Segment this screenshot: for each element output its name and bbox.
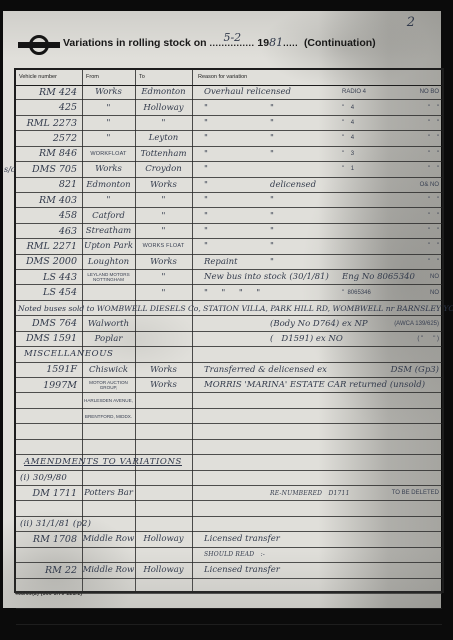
to-cell: " xyxy=(135,270,192,284)
vehicle-number-cell: RM 22 xyxy=(16,563,82,577)
to-cell: Works xyxy=(135,363,192,377)
reason-annotation: " " xyxy=(428,255,439,269)
column-header-reason: Reason for variation xyxy=(198,74,247,80)
column-header-from: From xyxy=(86,74,99,80)
reason-text: ( D1591) ex NO xyxy=(270,332,343,346)
reason-annotation: " " xyxy=(428,239,439,253)
reason-text: " xyxy=(270,224,274,238)
reason-annotation: " " xyxy=(428,131,439,145)
reason-text: " xyxy=(270,147,274,161)
london-transport-roundel-icon xyxy=(18,35,60,55)
table-row xyxy=(16,501,442,516)
from-cell: " xyxy=(82,116,135,130)
reason-text: Licensed transfer xyxy=(204,563,280,577)
reason-text: " xyxy=(204,116,208,130)
table-row: 1997MMOTOR AUCTION GROUP,WorksMORRIS 'MA… xyxy=(16,378,442,393)
margin-annotation: s/c xyxy=(4,162,15,176)
to-cell: Works xyxy=(135,378,192,392)
reason-annotation: ( " " ) xyxy=(417,332,439,346)
reason-text: " xyxy=(204,239,208,253)
vehicle-number-cell: RML 2271 xyxy=(16,239,82,253)
table-row: 425"Holloway""" 4" " xyxy=(16,100,442,115)
reason-text: " xyxy=(204,100,208,114)
vehicle-number-cell: LS 443 xyxy=(16,270,82,284)
from-cell: Edmonton xyxy=(82,178,135,192)
reason-text: " xyxy=(270,131,274,145)
from-cell: Loughton xyxy=(82,255,135,269)
to-cell: " xyxy=(135,208,192,222)
reason-text: Transferred & delicensed ex xyxy=(204,363,327,377)
reason-text: " xyxy=(204,193,208,207)
section-subheading: (i) 30/9/80 xyxy=(20,471,67,485)
table-row: 2572"Leyton""" 4" " xyxy=(16,131,442,146)
table-row: RML 2273""""" 4" " xyxy=(16,116,442,131)
reason-annotation: " " xyxy=(428,162,439,176)
reason-text: " xyxy=(270,239,274,253)
table-row: LS 443LEYLAND MOTORS NOTTINGHAM"New bus … xyxy=(16,270,442,285)
table-row xyxy=(16,609,442,624)
section-heading: AMENDMENTS TO VARIATIONS xyxy=(24,455,182,469)
vehicle-number-cell: 2572 xyxy=(16,131,82,145)
table-row: RM 22Middle RowHollowayLicensed transfer xyxy=(16,563,442,578)
reason-annotation: NO xyxy=(430,285,439,299)
reason-text: MORRIS 'MARINA' ESTATE CAR returned (uns… xyxy=(204,378,425,392)
handwritten-note: Noted buses sold to WOMBWELL DIESELS Co,… xyxy=(18,301,453,315)
table-row: 458Catford"""" " xyxy=(16,208,442,223)
form-title: Variations in rolling stock on .........… xyxy=(63,36,376,49)
vehicle-number-cell: 425 xyxy=(16,100,82,114)
table-row: 821EdmontonWorks"delicensedO& NO xyxy=(16,178,442,193)
from-cell: Chiswick xyxy=(82,363,135,377)
to-cell: Leyton xyxy=(135,131,192,145)
reason-annotation: " 1 xyxy=(342,162,354,176)
table-row: BRENTFORD, MIDDX. xyxy=(16,409,442,424)
reason-text: New bus into stock (30/1/81) xyxy=(204,270,329,284)
vehicle-number-cell: RM 1708 xyxy=(16,532,82,546)
reason-annotation: (AWCA 139/625) xyxy=(394,316,439,330)
table-row xyxy=(16,440,442,455)
vehicle-number-cell: DMS 764 xyxy=(16,316,82,330)
to-cell: " xyxy=(135,116,192,130)
reason-text: " xyxy=(270,116,274,130)
table-row: s/cDMS 705WorksCroydon"" 1" " xyxy=(16,162,442,177)
vehicle-number-cell: DMS 705 xyxy=(16,162,82,176)
vehicle-number-cell: DM 1711 xyxy=(16,486,82,500)
to-cell: Edmonton xyxy=(135,85,192,99)
reason-text: Overhaul relicensed xyxy=(204,85,291,99)
table-row: 1591FChiswickWorksTransferred & delicens… xyxy=(16,363,442,378)
reason-annotation: NO BO xyxy=(420,85,439,99)
reason-annotation: DSM (Gp3) xyxy=(391,363,439,377)
from-cell: HARLESDEN AVENUE, xyxy=(82,393,135,407)
table-row: RML 2271Upton ParkWORKS FLOAT""" " xyxy=(16,239,442,254)
reason-annotation: " " xyxy=(428,193,439,207)
reason-text: " xyxy=(204,208,208,222)
table-row: SHOULD READ :- xyxy=(16,548,442,563)
dotted-line: ..... xyxy=(283,38,298,48)
reason-annotation: TO BE DELETED xyxy=(392,486,439,500)
reason-text: " xyxy=(204,162,208,176)
reason-text: RE-NUMBERED D1711 xyxy=(270,486,350,500)
table-row: Noted buses sold to WOMBWELL DIESELS Co,… xyxy=(16,301,442,316)
reason-annotation: Eng No 8065340 xyxy=(342,270,415,284)
from-cell: MOTOR AUCTION GROUP, xyxy=(82,378,135,392)
vehicle-number-cell: RML 2273 xyxy=(16,116,82,130)
handwritten-year: 81 xyxy=(269,36,283,49)
reason-annotation: " " xyxy=(428,100,439,114)
roundel-bar xyxy=(18,42,60,48)
table-header: Vehicle number From To Reason for variat… xyxy=(16,70,442,86)
to-cell: Tottenham xyxy=(135,147,192,161)
table-rows: RM 424WorksEdmontonOverhaul relicensedRA… xyxy=(16,85,442,625)
from-cell: Works xyxy=(82,162,135,176)
to-cell: Works xyxy=(135,178,192,192)
table-row xyxy=(16,424,442,439)
table-row: DM 1711Potters BarRE-NUMBERED D1711TO BE… xyxy=(16,486,442,501)
from-cell: Streatham xyxy=(82,224,135,238)
to-cell: Holloway xyxy=(135,532,192,546)
vehicle-number-cell: DMS 1591 xyxy=(16,332,82,346)
reason-text: " xyxy=(270,100,274,114)
reason-text: " xyxy=(270,208,274,222)
table-row: RM 424WorksEdmontonOverhaul relicensedRA… xyxy=(16,85,442,100)
reason-text: " " " " xyxy=(204,285,260,299)
reason-text: Licensed transfer xyxy=(204,532,280,546)
reason-text: (Body No D764) ex NP xyxy=(270,316,368,330)
date-slot: ...............5-2 xyxy=(209,37,254,49)
vehicle-number-cell: 821 xyxy=(16,178,82,192)
to-cell: Holloway xyxy=(135,100,192,114)
handwritten-date: 5-2 xyxy=(223,31,241,44)
reason-annotation: " 3 xyxy=(342,147,354,161)
reason-text: SHOULD READ :- xyxy=(204,548,265,562)
table-row: RM 1708Middle RowHollowayLicensed transf… xyxy=(16,532,442,547)
reason-annotation: " 4 xyxy=(342,116,354,130)
to-cell: Croydon xyxy=(135,162,192,176)
reason-text: " xyxy=(204,131,208,145)
section-subheading: (ii) 31/1/81 (p2) xyxy=(20,517,91,531)
vehicle-number-cell: 1591F xyxy=(16,363,82,377)
table-row: DMS 764Walworth(Body No D764) ex NP(AWCA… xyxy=(16,316,442,331)
vehicle-number-cell: DMS 2000 xyxy=(16,255,82,269)
reason-text: Repaint xyxy=(204,255,238,269)
reason-text: " xyxy=(270,255,274,269)
vehicle-number-cell: 458 xyxy=(16,208,82,222)
section-heading: MISCELLANEOUS xyxy=(24,347,113,361)
table-row: (i) 30/9/80 xyxy=(16,471,442,486)
reason-annotation: RADIO 4 xyxy=(342,85,366,99)
reason-annotation: " 8065346 xyxy=(342,285,371,299)
from-cell: LEYLAND MOTORS NOTTINGHAM xyxy=(82,270,135,284)
reason-text: " xyxy=(204,224,208,238)
from-cell: Catford xyxy=(82,208,135,222)
year-prefix: 19 xyxy=(257,37,269,49)
table-row: DMS 1591Poplar( D1591) ex NO( " " ) xyxy=(16,332,442,347)
reason-text: " xyxy=(270,193,274,207)
to-cell: " xyxy=(135,224,192,238)
from-cell: Upton Park xyxy=(82,239,135,253)
title-text: Variations in rolling stock on xyxy=(63,37,207,49)
reason-annotation: NO xyxy=(430,270,439,284)
from-cell: BRENTFORD, MIDDX. xyxy=(82,409,135,423)
from-cell: Potters Bar xyxy=(82,486,135,500)
reason-annotation: " " xyxy=(428,224,439,238)
reason-text: " xyxy=(204,147,208,161)
to-cell: WORKS FLOAT xyxy=(135,239,192,253)
to-cell: " xyxy=(135,193,192,207)
table-row: HARLESDEN AVENUE, xyxy=(16,393,442,408)
from-cell: Middle Row xyxy=(82,563,135,577)
vehicle-number-cell: RM 403 xyxy=(16,193,82,207)
reason-text: " xyxy=(204,178,208,192)
reason-annotation: " " xyxy=(428,147,439,161)
column-header-vehicle: Vehicle number xyxy=(19,74,57,80)
table-row: LS 454"" " " "" 8065346NO xyxy=(16,285,442,300)
from-cell: Works xyxy=(82,85,135,99)
variations-table: Vehicle number From To Reason for variat… xyxy=(14,68,444,593)
vehicle-number-cell: RM 846 xyxy=(16,147,82,161)
to-cell: Holloway xyxy=(135,563,192,577)
table-row: AMENDMENTS TO VARIATIONS xyxy=(16,455,442,470)
from-cell: " xyxy=(82,100,135,114)
page-number: 2 xyxy=(407,15,415,30)
from-cell: " xyxy=(82,193,135,207)
table-row: DMS 2000LoughtonWorksRepaint"" " xyxy=(16,255,442,270)
table-row: (ii) 31/1/81 (p2) xyxy=(16,517,442,532)
table-row: RM 403""""" " xyxy=(16,193,442,208)
from-cell: Poplar xyxy=(82,332,135,346)
vehicle-number-cell: RM 424 xyxy=(16,85,82,99)
reason-annotation: " 4 xyxy=(342,131,354,145)
reason-annotation: " " xyxy=(428,208,439,222)
table-row: 463Streatham"""" " xyxy=(16,224,442,239)
vehicle-number-cell: 1997M xyxy=(16,378,82,392)
table-row: RM 846WORKFLOATTottenham""" 3" " xyxy=(16,147,442,162)
vehicle-number-cell: 463 xyxy=(16,224,82,238)
vehicle-number-cell: LS 454 xyxy=(16,285,82,299)
to-cell: " xyxy=(135,285,192,299)
from-cell: " xyxy=(82,131,135,145)
from-cell: Middle Row xyxy=(82,532,135,546)
form-code: 408/69(2) (500 3/79 121/1) xyxy=(15,591,82,597)
scanned-paper: 2 Variations in rolling stock on .......… xyxy=(3,11,441,608)
column-header-to: To xyxy=(139,74,145,80)
form-header: Variations in rolling stock on .........… xyxy=(3,32,441,56)
from-cell: Walworth xyxy=(82,316,135,330)
table-row: MISCELLANEOUS xyxy=(16,347,442,362)
continuation-label: (Continuation) xyxy=(304,37,376,49)
reason-annotation: " 4 xyxy=(342,100,354,114)
from-cell: WORKFLOAT xyxy=(82,147,135,161)
reason-annotation: " " xyxy=(428,116,439,130)
reason-annotation: O& NO xyxy=(420,178,439,192)
to-cell: Works xyxy=(135,255,192,269)
reason-text: delicensed xyxy=(270,178,316,192)
